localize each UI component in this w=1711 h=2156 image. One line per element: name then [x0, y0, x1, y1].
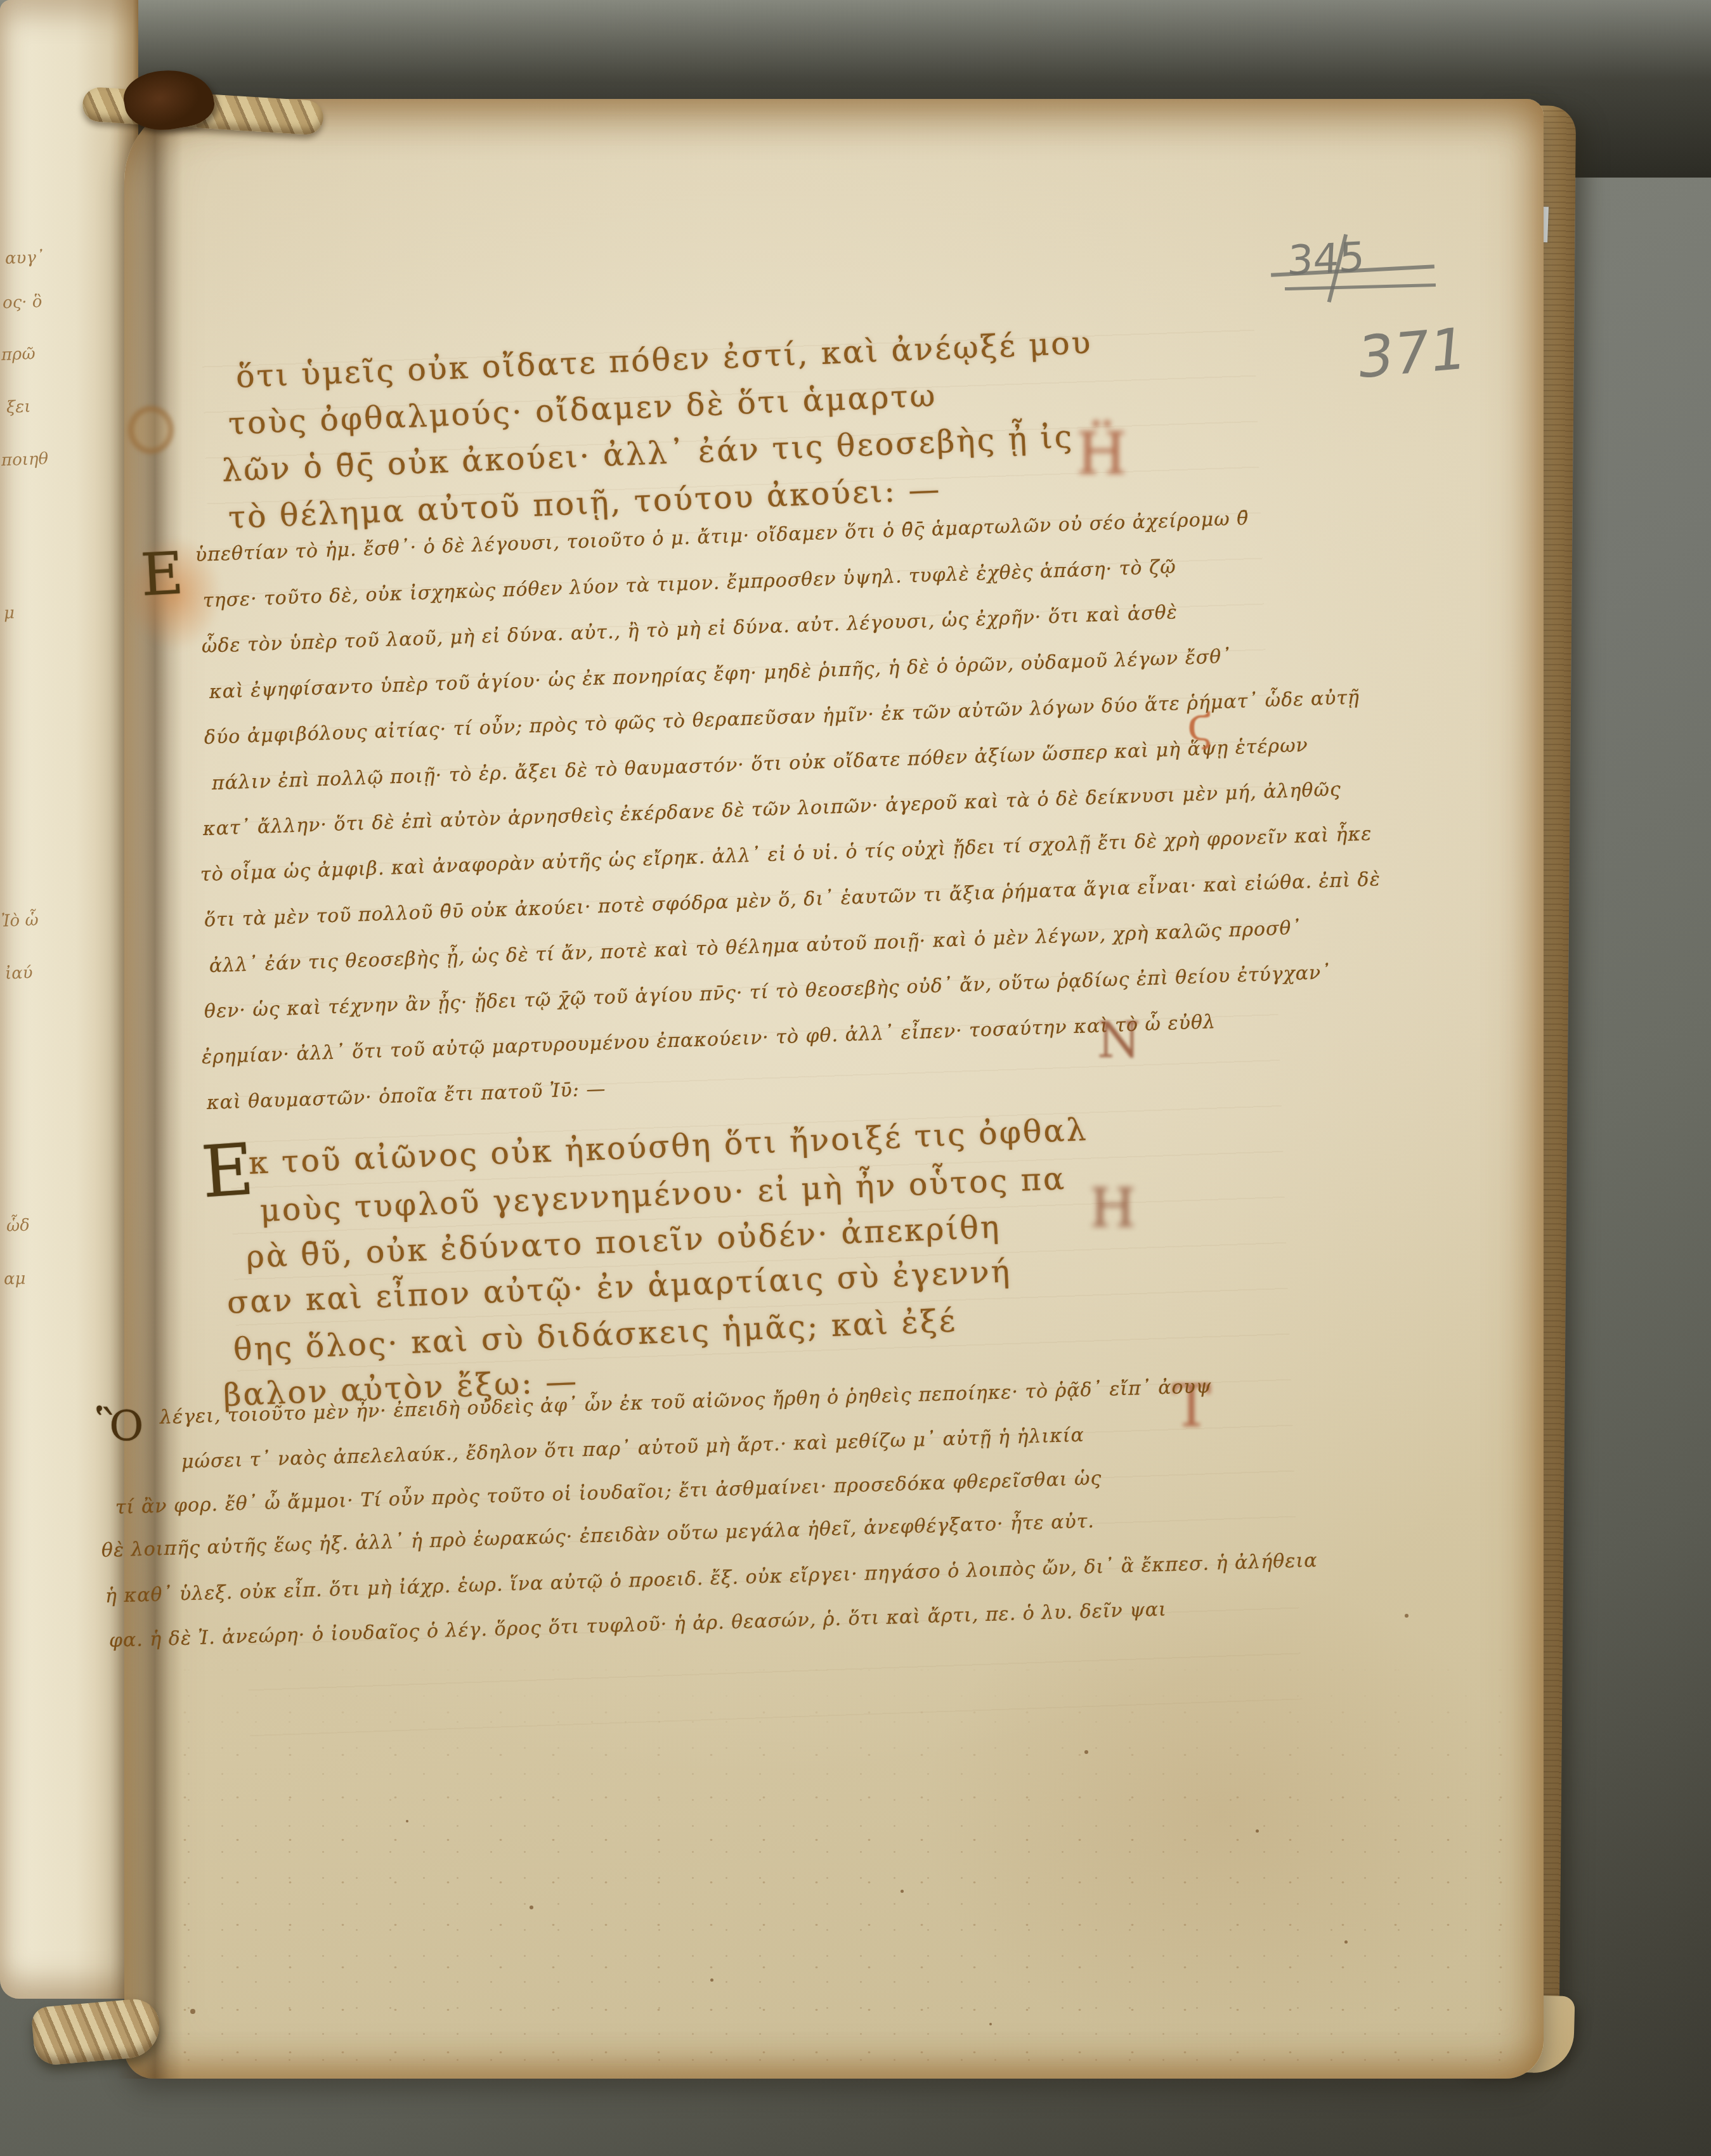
bleed-text-fragment: ξει [6, 397, 30, 417]
bleed-text-fragment: ὧδ [6, 1216, 30, 1235]
bleed-text-fragment: πρῶ [1, 344, 36, 365]
bleed-text-fragment: ἰαύ [4, 963, 33, 984]
ink-spot [1256, 1829, 1259, 1833]
bleed-text-fragment: ος· ὃ [2, 292, 42, 313]
decorated-initial: Ε [199, 1128, 257, 1214]
decorated-initial: Ε [139, 539, 185, 609]
ink-spot [901, 1890, 904, 1893]
foliation-crossed-out: 345 [1286, 234, 1366, 285]
ring-stain [128, 406, 174, 454]
ink-spot [190, 2009, 195, 2014]
rubric-eta-marginal: Ḧ [1076, 420, 1127, 488]
photo-backdrop: αυγ᾽ ος· ὃ πρῶ ξει ποιηθ μ Ἰὸ ὧ ἰαύ ὧδ α… [0, 0, 1711, 2156]
ink-spot [989, 2023, 992, 2025]
ink-spot [406, 1820, 408, 1822]
rubric-eta-marginal: Η [1090, 1177, 1136, 1239]
parchment-stain [920, 1573, 1522, 2055]
ink-spot [1405, 1614, 1408, 1618]
ink-spot [1344, 1940, 1348, 1944]
ink-spot [530, 1906, 533, 1909]
foliation-number: 371 [1355, 315, 1469, 392]
rubric-flourish: ϛ [1187, 698, 1213, 751]
bleed-text-fragment: Ἰὸ ὧ [1, 911, 39, 931]
bleed-text-fragment: αυγ᾽ [4, 248, 44, 268]
bleed-text-fragment: αμ [3, 1269, 25, 1289]
rubric-nu-inline: Ν [1097, 1012, 1140, 1069]
ink-spot [710, 1978, 713, 1982]
bleed-text-fragment: ποιηθ [1, 450, 48, 471]
bleed-text-fragment: μ [3, 604, 15, 623]
decorated-initial: Ὃ [96, 1401, 143, 1450]
ink-spot [1084, 1750, 1088, 1754]
